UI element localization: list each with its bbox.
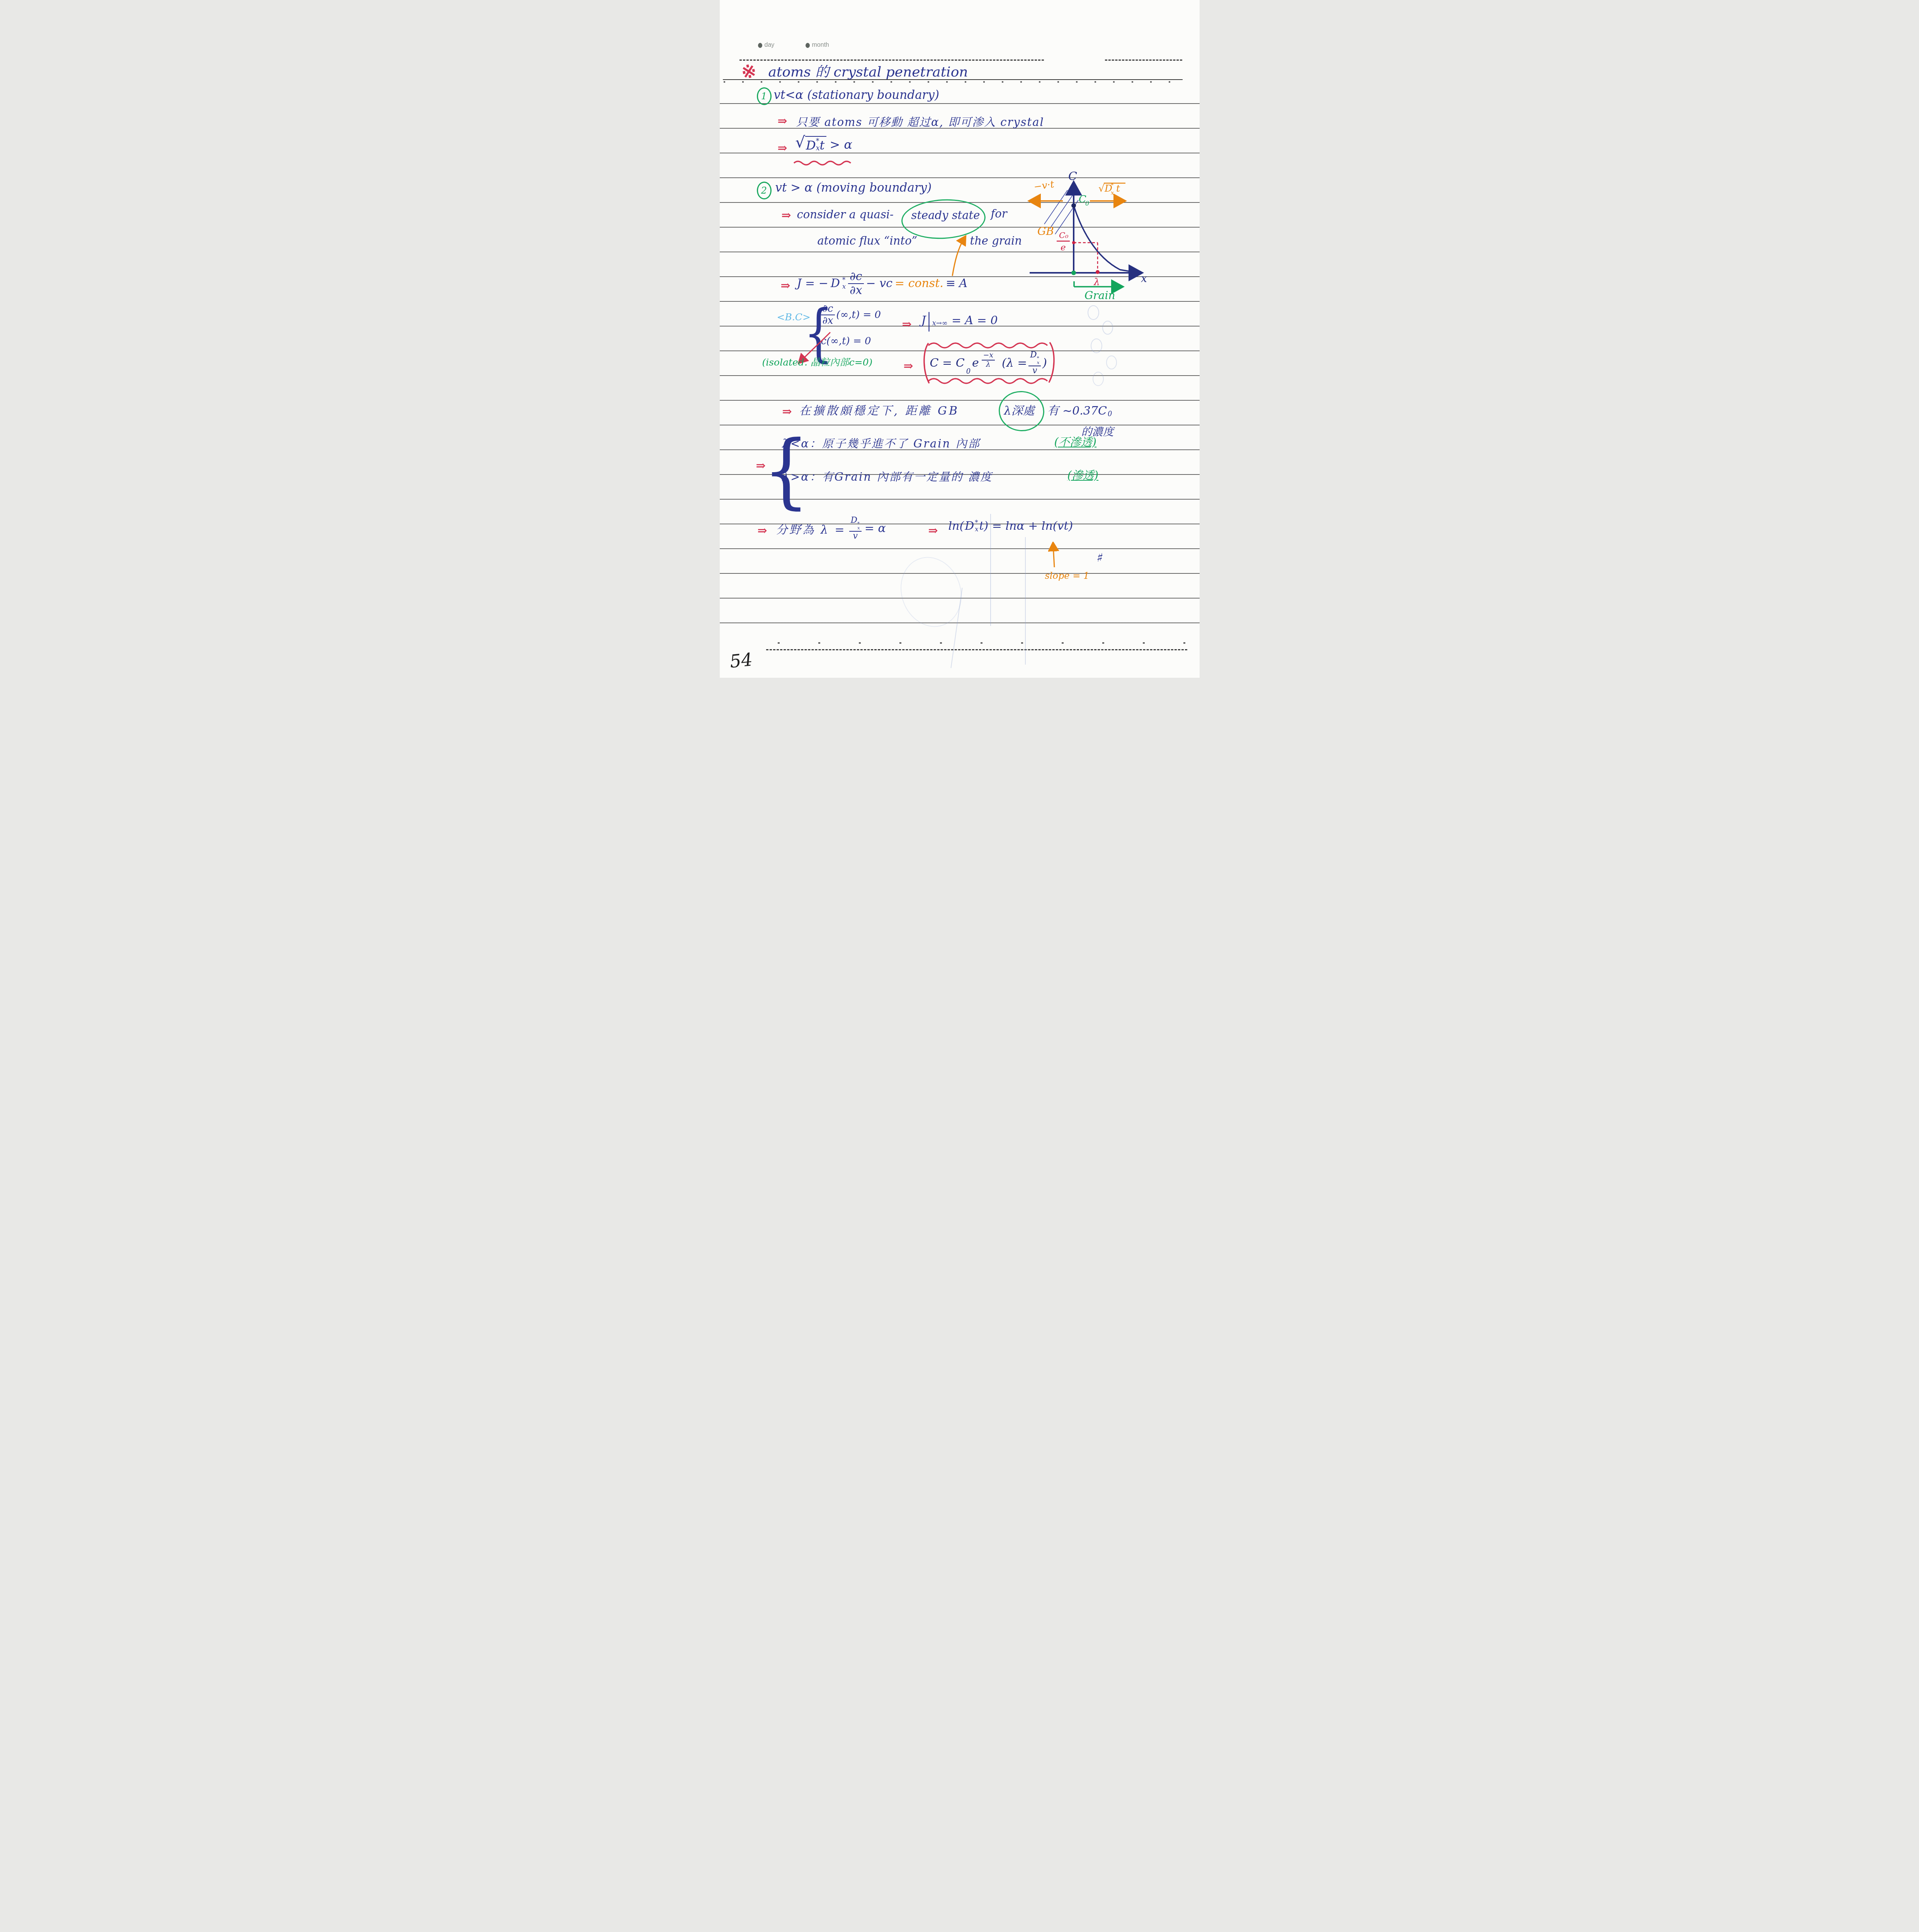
s4-implies-1: ⇒ [758,524,767,537]
gb-label: GB [1037,225,1054,238]
case1-tag: (不滲透) [1054,434,1097,449]
lambda-point [1096,270,1100,274]
j-equiv-a: ≡ A [946,277,967,290]
section1-number: 1 [757,87,772,105]
bc-eq1-frac: ∂c∂x [821,304,835,327]
s1-sqrt-expression: √D*xt > α [795,136,853,153]
bc-res-tail: = A = 0 [952,314,998,327]
j-minus-vc: − vc [866,277,892,290]
j-const: = const. [895,277,943,290]
day-bullet-icon [758,43,762,48]
month-bullet-icon [806,43,810,48]
s4-d-sub: x [857,526,860,531]
d-sub-x: x [816,145,820,152]
top-dashed-line-right [1105,60,1182,61]
deep-post-sub: 0 [1108,410,1112,418]
dcdx-den: ∂x [850,284,862,297]
s4-lhs: 分野為 λ = D*xv = α [776,516,886,541]
bleed-through-mark [1088,305,1099,320]
s4-ln-equation: ln(D*xt) = lnα + ln(vt) [948,519,1073,533]
ln-mid: t) = lnα + ln(vt) [979,519,1073,533]
dcdx-num: ∂c [848,270,863,284]
solution-equation: C = C0 e −xλ (λ = D*xv ) [930,351,1047,376]
sol-lambda-num: D*x [1028,351,1041,366]
s4-frac-den: v [853,532,858,541]
case1-text: λ<α：原子幾乎進不了 Grain 內部 [782,435,981,451]
bc-eq1-den: ∂x [822,315,833,326]
origin-point [1071,270,1076,275]
bottom-dashed-line [766,649,1187,650]
s2-consider-circled: steady state [911,209,980,222]
s2-consider-post: for [991,207,1007,220]
s2-flux-a: atomic flux “into” [818,234,918,247]
c0-label-sub: 0 [1085,200,1089,207]
top-dashed-line-left [739,60,1044,61]
isolated-note: (isolated. 晶粒內部c=0) [762,355,873,369]
bleed-through-mark [1093,372,1104,386]
j-d-sub: x [842,284,846,290]
s4-frac-num: D*x [849,516,862,532]
j-lhs: J = − [797,277,828,290]
s4-d: D [851,515,857,525]
x-axis-label: x [1141,272,1147,285]
decay-curve [1074,206,1129,271]
grain-label: Grain [1084,289,1115,302]
s2-flux-b: the grain [970,234,1022,247]
slope-label: slope = 1 [1045,570,1090,581]
j-eq-implies: ⇒ [781,279,790,293]
sol-pre-sub: 0 [966,367,971,376]
sol-rpar: ) [1042,356,1047,370]
bc-res-j: J [921,314,926,327]
deep-pre: 在擴散頗穩定下, 距離 GB [799,401,960,418]
slope-arrow [1048,542,1060,570]
bleed-through-mark [1106,355,1117,369]
deep-post: 有 ~0.37C [1047,401,1107,418]
s1-comparison: > α [829,137,852,152]
s1-heading: vt<α (stationary boundary) [774,88,940,102]
sol-pre: C = C [930,356,965,370]
y-axis-label: C [1068,170,1077,183]
hash-mark: ♯ [1095,550,1104,565]
ln-d-sub: x [975,526,978,533]
sqrt-dt-t: t [1116,183,1120,194]
c0e-den: e [1061,243,1066,253]
ln-pre: ln( [948,519,964,533]
case2-text: λ>α：有Grain 內部有一定量的 濃度 [782,468,993,484]
deep-circled: λ深處 [1004,401,1035,418]
sol-lambda-frac: D*xv [1028,351,1041,376]
dcdx-fraction: ∂c∂x [848,270,863,296]
day-label: day [765,42,775,49]
sol-exp-num: −x [982,352,995,361]
sol-d: D [1030,350,1037,360]
bc-res-sub: x→∞ [932,319,948,327]
efold-axis-point [1072,241,1075,244]
sol-e: e [972,356,979,370]
header-day: day [758,42,775,49]
sol-lambda-den: v [1032,366,1037,376]
s1-implies-2: ⇒ [778,141,787,155]
page-number: 54 [729,649,753,672]
sqrt-dt-star: * [1111,182,1114,189]
bc-eq1-num: ∂c [821,304,835,315]
s1-line1: 只要 atoms 可移動 超过α, 即可渗入 crystal [796,114,1044,129]
bleed-through-line [950,588,962,668]
concentration-profile-diagram: C x C 0 C₀ e λ −v·t √ D * x t GB [1024,170,1152,305]
bottom-dots-row [778,642,1187,644]
month-label: month [812,42,829,49]
bleed-through-mark [1102,321,1113,335]
solution-implies: ⇒ [904,359,913,373]
sqrt-dt-sub: x [1111,189,1114,196]
notebook-page: day month ※ atoms 的 crystal penetration … [720,0,1200,678]
deep-post-row: 有 ~0.37C0 [1047,401,1112,418]
case2-tag: (滲透) [1067,467,1099,483]
ln-d: D [965,519,974,533]
bc-res-bar: | [927,309,931,332]
bleed-through-mark [891,548,971,636]
bc-result: J|x→∞ = A = 0 [921,314,998,327]
s2-consider-pre: consider a quasi- [797,208,894,221]
bc-eq1: ∂c∂x (∞,t) = 0 [821,304,881,327]
sol-exp-den: λ [986,361,991,369]
page-title: atoms 的 crystal penetration [768,61,968,81]
sqrt-dt-label: √ D * x t [1098,182,1125,196]
vt-arrow-label: −v·t [1033,179,1055,192]
bleed-through-mark [1091,338,1102,353]
bc-result-implies: ⇒ [902,318,912,331]
sol-exp-frac: −xλ [982,352,995,368]
d-coefficient: D [806,138,816,153]
top-dots-row [724,81,1180,83]
c0-point [1071,203,1076,208]
sqrt-symbol: √ [795,136,806,150]
c0e-num: C₀ [1059,231,1069,240]
sol-d-sub: x [1037,361,1040,365]
j-d: D [831,277,840,290]
s4-implies-2: ⇒ [928,524,938,537]
time-symbol: t [820,138,825,153]
s4-frac: D*xv [849,516,862,541]
bleed-through-line [1025,537,1026,665]
s1-implies-1: ⇒ [778,114,787,128]
section2-number: 2 [757,182,772,199]
s2-implies-consider: ⇒ [782,209,791,222]
red-wavy-underline [792,159,858,166]
bc-eq1-tail: (∞,t) = 0 [836,309,881,321]
sol-lpar: (λ = [1002,356,1027,370]
s2-heading: vt > α (moving boundary) [775,181,932,195]
header-month: month [806,42,829,49]
lambda-tick-label: λ [1093,276,1100,287]
s4-pre: 分野為 λ = [776,520,846,537]
deep-implies: ⇒ [782,405,792,418]
s4-eq-alpha: = α [865,522,886,535]
j-equation: J = −D*x ∂c∂x − vc = const. ≡ A [797,270,968,296]
sqrt-dt-radical: √ [1098,183,1105,194]
